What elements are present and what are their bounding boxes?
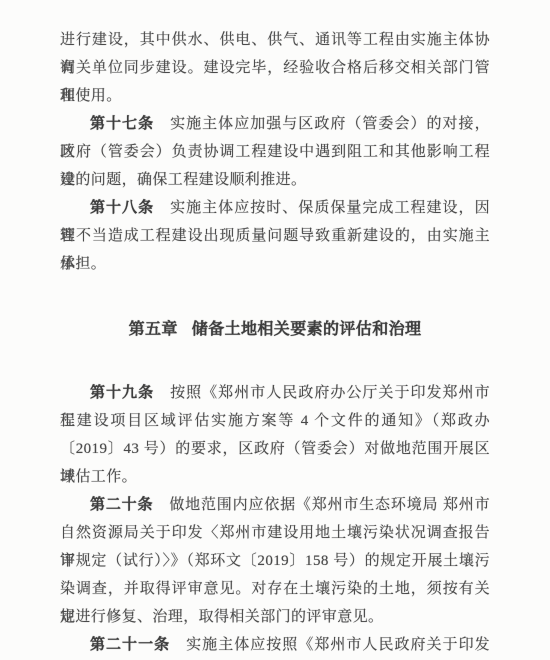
- document-line: 评估工作。: [60, 463, 490, 491]
- document-line: 第十九条按照《郑州市人民政府办公厅关于印发郑州市工: [60, 379, 490, 407]
- document-line: 第二十一条实施主体应按照《郑州市人民政府关于印发郑: [60, 631, 490, 659]
- document-line: 政府（管委会）负责协调工程建设中遇到阻工和其他影响工程建: [60, 138, 490, 166]
- document-line: 自然资源局关于印发〈郑州市建设用地土壤污染状况调查报告评: [60, 519, 490, 547]
- document-line: 设的问题，确保工程建设顺利推进。: [60, 166, 490, 194]
- document-line: 定进行修复、治理，取得相关部门的评审意见。: [60, 603, 490, 631]
- document-line: 染调查，并取得评审意见。对存在土壤污染的土地，须按有关规: [60, 575, 490, 603]
- article-number: 第二十条: [90, 496, 153, 513]
- document-text: 进行建设，其中供水、供电、供气、通讯等工程由实施主体协调有关单位同步建设。建设完…: [0, 0, 550, 659]
- article-number: 第二十一条: [90, 636, 170, 653]
- chapter-heading: 第五章储备土地相关要素的评估和治理: [60, 316, 490, 344]
- document-line: 承担。: [60, 250, 490, 278]
- document-line: 和使用。: [60, 82, 490, 110]
- document-line: 第十八条实施主体应按时、保质保量完成工程建设，因管: [60, 194, 490, 222]
- document-line: 程建设项目区域评估实施方案等 4 个文件的通知》（郑政办: [60, 407, 490, 435]
- document-line: 进行建设，其中供水、供电、供气、通讯等工程由实施主体协调: [60, 26, 490, 54]
- document-line: 第二十条做地范围内应依据《郑州市生态环境局 郑州市: [60, 491, 490, 519]
- article-number: 第十九条: [90, 384, 154, 401]
- document-line: 审规定（试行）〉》（郑环文〔2019〕158 号）的规定开展土壤污: [60, 547, 490, 575]
- document-line: 第十七条实施主体应加强与区政府（管委会）的对接，区: [60, 110, 490, 138]
- chapter-number: 第五章: [129, 321, 178, 338]
- document-line: 〔2019〕43 号）的要求，区政府（管委会）对做地范围开展区域: [60, 435, 490, 463]
- document-line: 理不当造成工程建设出现质量问题导致重新建设的，由实施主体: [60, 222, 490, 250]
- article-number: 第十八条: [90, 199, 154, 216]
- document-page: 进行建设，其中供水、供电、供气、通讯等工程由实施主体协调有关单位同步建设。建设完…: [0, 0, 550, 660]
- article-number: 第十七条: [90, 115, 154, 132]
- document-line: 有关单位同步建设。建设完毕，经验收合格后移交相关部门管理: [60, 54, 490, 82]
